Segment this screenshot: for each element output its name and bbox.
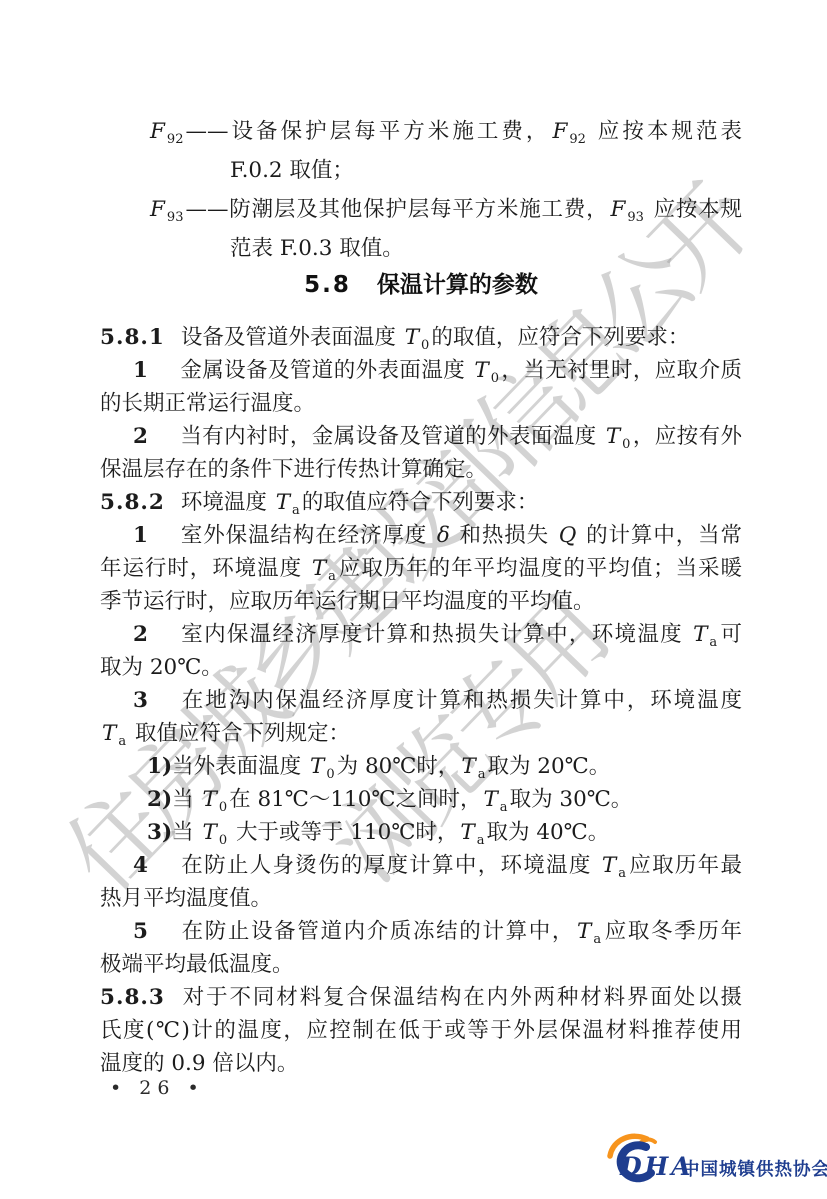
text-line: 1金属设备及管道的外表面温度 T0，当无衬里时，应取介质 [100,354,742,387]
text-line: 年运行时，环境温度 Ta应取历年的年平均温度的平均值；当采暖 [100,552,742,585]
text-line: 5.8.1设备及管道外表面温度 T0的取值，应符合下列要求： [100,321,742,354]
text-line: 4在防止人身烫伤的厚度计算中，环境温度 Ta应取历年最 [100,849,742,882]
text-line: 1室外保温结构在经济厚度 δ 和热损失 Q 的计算中，当常 [100,519,742,552]
text-line: F92——设备保护层每平方米施工费，F92 应按本规范表 [100,112,742,151]
text-line: 范表 F.0.3 取值。 [100,229,742,268]
section-number: 5.8 [304,272,351,298]
text-line: 1)当外表面温度 T0为 80℃时，Ta取为 20℃。 [100,750,742,783]
text-line: 2当有内衬时，金属设备及管道的外表面温度 T0，应按有外 [100,420,742,453]
document-page: 住房城乡建设部信息公开 浏览专用 F92——设备保护层每平方米施工费，F92 应… [0,0,827,1199]
text-line: 氏度(℃)计的温度，应控制在低于或等于外层保温材料推荐使用 [100,1014,742,1047]
section-heading: 5.8保温计算的参数 [100,269,742,301]
text-line: 5在防止设备管道内介质冻结的计算中，Ta应取冬季历年 [100,915,742,948]
text-line: F93——防潮层及其他保护层每平方米施工费，F93 应按本规 [100,190,742,229]
clause-body: 5.8.1设备及管道外表面温度 T0的取值，应符合下列要求：1金属设备及管道的外… [100,321,742,1080]
symbol-definitions: F92——设备保护层每平方米施工费，F92 应按本规范表F.0.2 取值；F93… [100,112,742,268]
text-line: 5.8.3对于不同材料复合保温结构在内外两种材料界面处以摄 [100,981,742,1014]
text-line: 的长期正常运行温度。 [100,387,742,420]
text-line: 2室内保温经济厚度计算和热损失计算中，环境温度 Ta可 [100,618,742,651]
text-line: 3)当 T0 大于或等于 110℃时，Ta取为 40℃。 [100,816,742,849]
page-number: • 26 • [110,1077,205,1099]
text-line: 热月平均温度值。 [100,882,742,915]
text-line: 取为 20℃。 [100,651,742,684]
text-line: 极端平均最低温度。 [100,948,742,981]
logo-association-name: 中国城镇供热协会 [682,1156,827,1181]
text-line: 保温层存在的条件下进行传热计算确定。 [100,453,742,486]
text-line: 3在地沟内保温经济厚度计算和热损失计算中，环境温度 [100,684,742,717]
text-line: F.0.2 取值； [100,151,742,190]
text-line: 季节运行时，应取历年运行期日平均温度的平均值。 [100,585,742,618]
text-line: 温度的 0.9 倍以内。 [100,1047,742,1080]
association-logo: DHA 中国城镇供热协会 [600,1130,815,1188]
text-line: Ta 取值应符合下列规定： [100,717,742,750]
section-title: 保温计算的参数 [377,272,538,298]
text-line: 2)当 T0在 81℃～110℃之间时，Ta取为 30℃。 [100,783,742,816]
text-line: 5.8.2环境温度 Ta的取值应符合下列要求： [100,486,742,519]
